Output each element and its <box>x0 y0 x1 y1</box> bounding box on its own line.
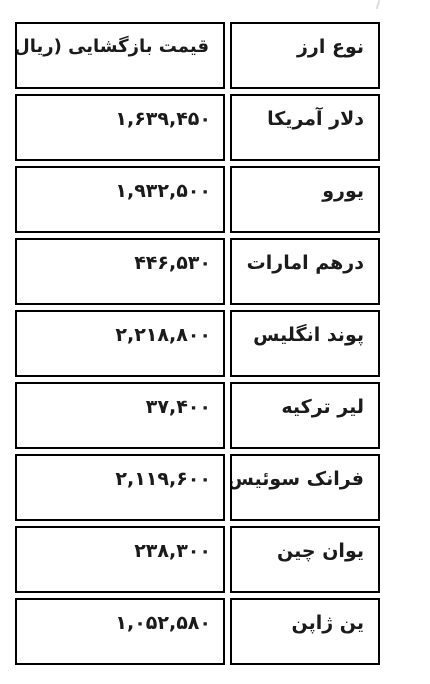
currency-name-cell: درهم امارات <box>230 238 380 305</box>
currency-name-cell: یوان چین <box>230 526 380 593</box>
header-cell-currency-type: نوع ارز <box>230 22 380 89</box>
header-cell-opening-price: قیمت بازگشایی (ریال) <box>15 22 225 89</box>
price-cell: ۱,۹۳۲,۵۰۰ <box>15 166 225 233</box>
currency-rates-table: نوع ارز قیمت بازگشایی (ریال) دلار آمریکا… <box>15 22 380 665</box>
currency-name-cell: دلار آمریکا <box>230 94 380 161</box>
currency-name-cell: یورو <box>230 166 380 233</box>
price-cell: ۱,۶۳۹,۴۵۰ <box>15 94 225 161</box>
currency-name-cell: فرانک سوئیس <box>230 454 380 521</box>
price-cell: ۱,۰۵۲,۵۸۰ <box>15 598 225 665</box>
screenshot-artifact <box>376 0 381 9</box>
currency-rates-page: نوع ارز قیمت بازگشایی (ریال) دلار آمریکا… <box>0 0 430 684</box>
price-cell: ۴۴۶,۵۳۰ <box>15 238 225 305</box>
price-cell: ۲۳۸,۳۰۰ <box>15 526 225 593</box>
price-cell: ۳۷,۴۰۰ <box>15 382 225 449</box>
currency-name-cell: ین ژاپن <box>230 598 380 665</box>
price-cell: ۲,۲۱۸,۸۰۰ <box>15 310 225 377</box>
currency-name-cell: پوند انگلیس <box>230 310 380 377</box>
price-cell: ۲,۱۱۹,۶۰۰ <box>15 454 225 521</box>
currency-name-cell: لیر ترکیه <box>230 382 380 449</box>
